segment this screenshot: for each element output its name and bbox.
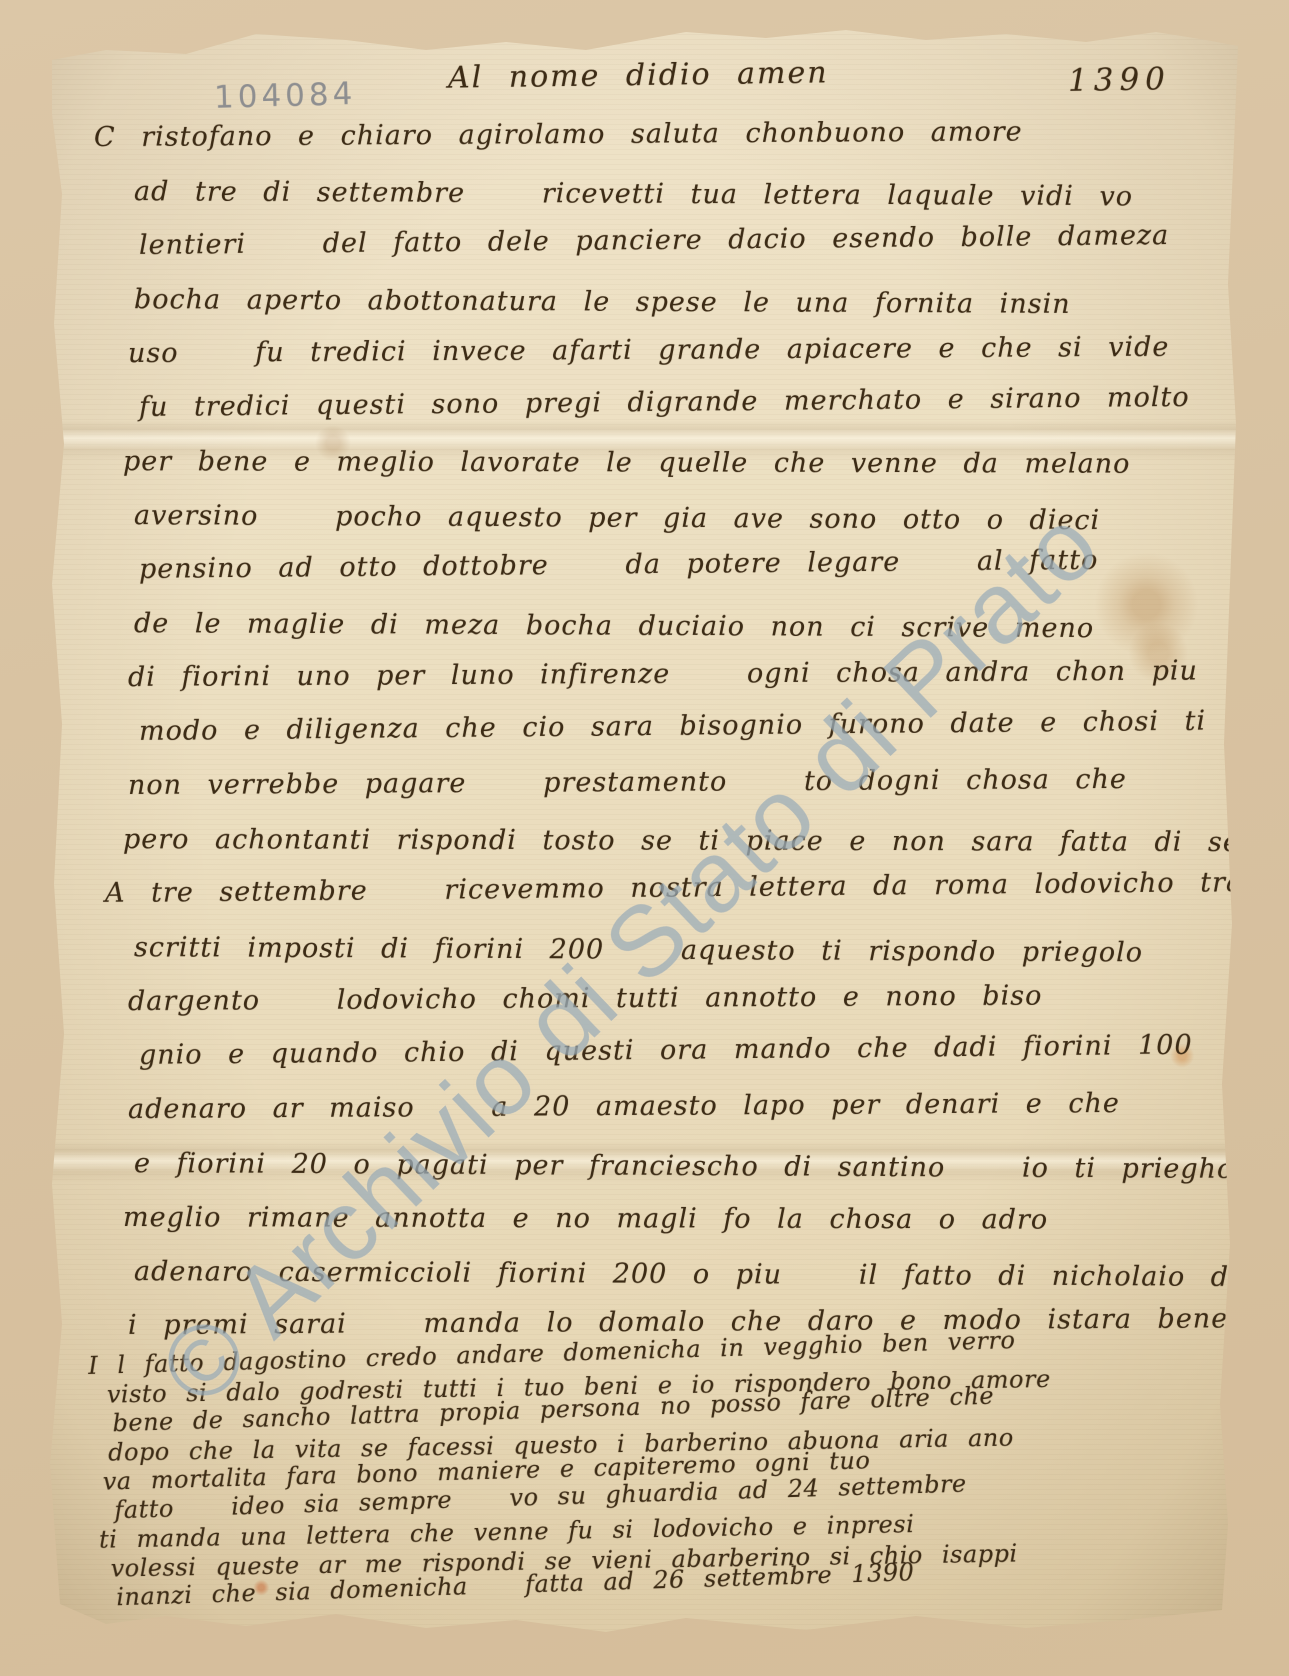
manuscript-line: non verrebbe pagare prestamento to dogni… <box>128 765 1212 799</box>
manuscript-line: adenaro ar maiso a 20 amaesto lapo per d… <box>128 1089 1212 1123</box>
letter-body: C ristofano e chiaro agirolamo saluta ch… <box>92 124 1212 1366</box>
invocation-line: Al nome didio amen <box>448 55 829 95</box>
year-label: 1390 <box>1068 61 1172 99</box>
manuscript-line: lentieri del fatto dele panciere dacio e… <box>139 221 1223 258</box>
manuscript-line: e fiorini 20 o pagati per franciescho di… <box>134 1150 1218 1183</box>
manuscript-line: ad tre di settembre ricevetti tua letter… <box>134 178 1218 211</box>
manuscript-line: di fiorini uno per luno infirenze ogni c… <box>128 657 1212 691</box>
manuscript-line: C ristofano e chiaro agirolamo saluta ch… <box>94 117 1212 151</box>
manuscript-line: fu tredici questi sono pregi digrande me… <box>139 383 1223 420</box>
manuscript-line: modo e diligenza che cio sara bisognio f… <box>139 707 1223 744</box>
manuscript-line: bocha aperto abottonatura le spese le un… <box>134 286 1218 319</box>
manuscript-line: gnio e quando chio di questi ora mando c… <box>139 1031 1223 1068</box>
manuscript-line: per bene e meglio lavorate le quelle che… <box>123 448 1207 478</box>
manuscript-scan: 104084 Al nome didio amen 1390 C ristofa… <box>0 0 1289 1676</box>
archive-number-stamp: 104084 <box>214 76 357 116</box>
manuscript-line: uso fu tredici invece afarti grande apia… <box>128 333 1212 367</box>
